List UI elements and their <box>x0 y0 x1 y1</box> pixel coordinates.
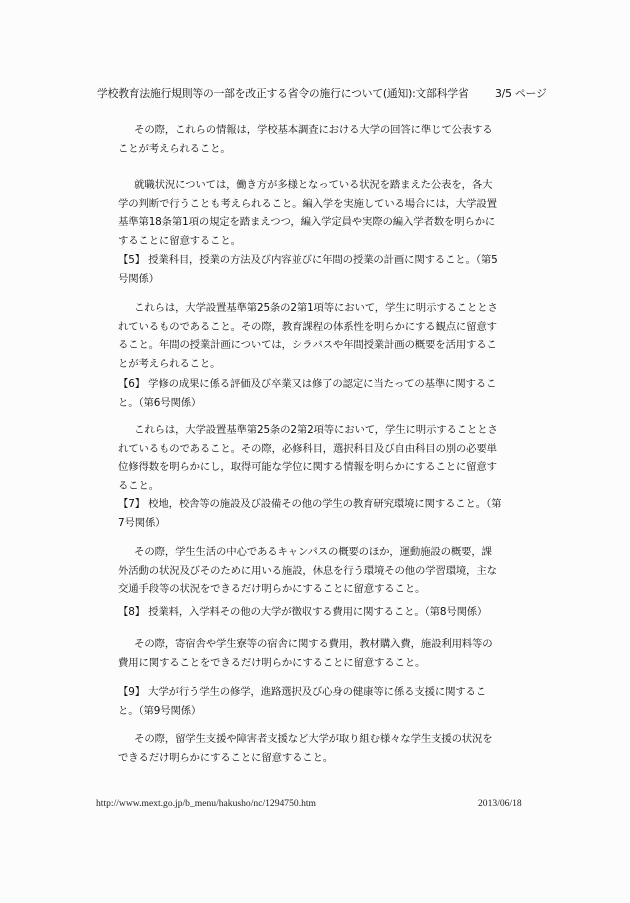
paragraph-section-5: これらは，大学設置基準第25条の2第1項等において，学生に明示することとされてい… <box>118 299 502 373</box>
section-heading-9: 【9】 大学が行う学生の修学，進路選択及び心身の健康等に係る支援に関すること。（… <box>118 683 502 720</box>
paragraph-section-6: これらは，大学設置基準第25条の2第2項等において，学生に明示することとされてい… <box>118 421 502 495</box>
print-date: 2013/06/18 <box>478 797 522 811</box>
section-heading-8: 【8】 授業料，入学料その他の大学が徴収する費用に関すること。（第8号関係） <box>118 603 502 622</box>
section-heading-7: 【7】 校地，校舎等の施設及び設備その他の学生の教育研究環境に関すること。（第7… <box>118 495 502 532</box>
document-title: 学校教育法施行規則等の一部を改正する省令の施行について(通知):文部科学省 <box>97 87 469 100</box>
section-heading-6: 【6】 学修の成果に係る評価及び卒業又は修了の認定に当たっての基準に関すること。… <box>118 375 502 412</box>
paragraph-section-8: その際，寄宿舎や学生寮等の宿舎に関する費用，教材購入費，施設利用料等の費用に関す… <box>118 635 502 672</box>
paragraph-section-7: その際，学生生活の中心であるキャンパスの概要のほか，運動施設の概要，課外活動の状… <box>118 543 502 599</box>
source-url: http://www.mext.go.jp/b_menu/hakusho/nc/… <box>96 797 316 811</box>
section-heading-5: 【5】 授業科目，授業の方法及び内容並びに年間の授業の計画に関すること。（第5号… <box>118 251 502 288</box>
paragraph-section-9: その際，留学生支援や障害者支援など大学が取り組む様々な学生支援の状況をできるだけ… <box>118 730 502 767</box>
print-header: 学校教育法施行規則等の一部を改正する省令の施行について(通知):文部科学省 3/… <box>97 85 547 103</box>
page-indicator: 3/5 ページ <box>495 85 547 103</box>
paragraph-employment-status: 就職状況については，働き方が多様となっている状況を踏まえた公表を，各大学の判断で… <box>118 176 502 250</box>
paragraph-disclosure-basis: その際，これらの情報は，学校基本調査における大学の回答に準じて公表することが考え… <box>118 121 502 158</box>
